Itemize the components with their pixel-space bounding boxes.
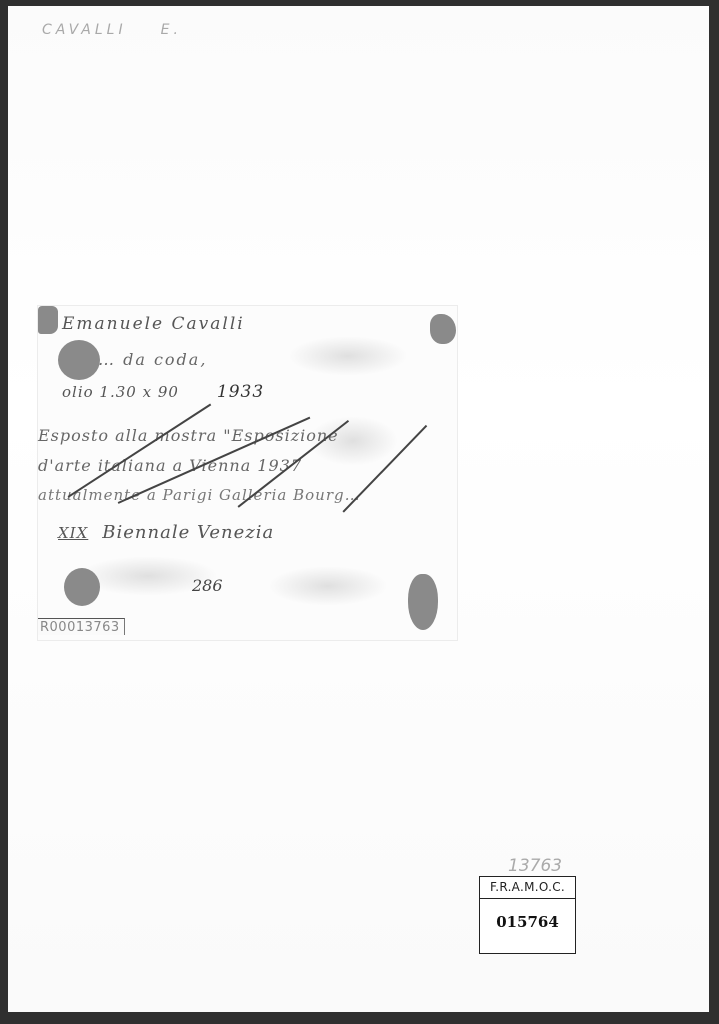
handwritten-exhibition-line-2: d'arte italiana a Vienna 1937 xyxy=(38,456,302,475)
stain xyxy=(268,566,388,606)
handwritten-biennale: XIXBiennale Venezia xyxy=(58,522,274,543)
handwritten-title: … da coda, xyxy=(98,350,207,369)
handwritten-stamp-number: 13763 xyxy=(508,856,562,876)
year: 1933 xyxy=(217,382,264,402)
glue-spot xyxy=(408,574,438,630)
handwritten-medium-size: olio 1.30 x 901933 xyxy=(62,382,264,402)
inventory-code: R00013763 xyxy=(38,618,125,635)
strike-through-line xyxy=(68,404,211,498)
medium-size: olio 1.30 x 90 xyxy=(62,383,179,401)
handwritten-number: 286 xyxy=(192,576,223,595)
handwritten-location-line: attualmente a Parigi Galleria Bourg… xyxy=(38,486,361,504)
photo-back-card: Emanuele Cavalli … da coda, olio 1.30 x … xyxy=(38,306,457,640)
handwritten-exhibition-line-1: Esposto alla mostra "Esposizione xyxy=(38,426,339,445)
artist-surname: CAVALLI xyxy=(42,22,127,38)
stain xyxy=(288,336,408,376)
stamp-code: 015764 xyxy=(480,913,575,931)
handwritten-artist-name: Emanuele Cavalli xyxy=(62,314,245,334)
archive-stamp: F.R.A.M.O.C. 015764 xyxy=(479,876,576,954)
biennale-name: Biennale Venezia xyxy=(102,522,274,543)
glue-spot xyxy=(38,306,58,334)
glue-spot xyxy=(64,568,100,606)
artist-initial: E. xyxy=(161,22,182,38)
glue-spot xyxy=(58,340,100,380)
biennale-edition: XIX xyxy=(58,524,88,542)
glue-spot xyxy=(430,314,456,344)
artist-name-note: CAVALLIE. xyxy=(42,22,182,38)
stamp-organization: F.R.A.M.O.C. xyxy=(480,877,575,899)
